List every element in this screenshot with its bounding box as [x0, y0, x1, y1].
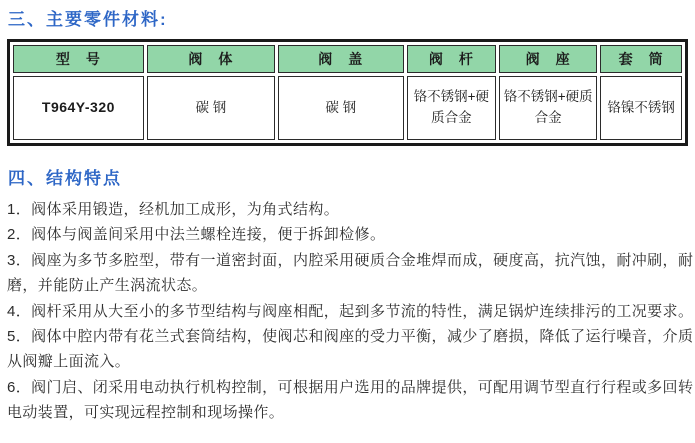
- materials-table: 型 号 阀 体 阀 盖 阀 杆 阀 座 套 筒 T964Y-320 碳 钢 碳 …: [7, 39, 688, 146]
- materials-table-header-row: 型 号 阀 体 阀 盖 阀 杆 阀 座 套 筒: [13, 45, 682, 73]
- feature-item-5-line-1: 5．阀体中腔内带有花兰式套筒结构，使阀芯和阀座的受力平衡，减少了磨损，降低了运行…: [7, 324, 688, 349]
- column-header-valve-body: 阀 体: [147, 45, 275, 73]
- column-header-model: 型 号: [13, 45, 144, 73]
- section4-heading: 四、结构特点: [8, 164, 688, 189]
- feature-item-4-line-1: 4．阀杆采用从大至小的多节型结构与阀座相配，起到多节流的特性，满足锅炉连续排污的…: [7, 299, 688, 324]
- materials-table-data-row: T964Y-320 碳 钢 碳 钢 铬不锈钢+硬质合金 铬不锈钢+硬质合金 铬镍…: [13, 76, 682, 140]
- column-header-sleeve: 套 筒: [600, 45, 682, 73]
- column-header-stem: 阀 杆: [407, 45, 497, 73]
- feature-item-2-line-1: 2．阀体与阀盖间采用中法兰螺栓连接，便于拆卸检修。: [7, 222, 688, 247]
- column-header-seat: 阀 座: [499, 45, 597, 73]
- feature-item-6-line-1: 6．阀门启、闭采用电动执行机构控制，可根据用户选用的品牌提供，可配用调节型直行行…: [7, 375, 688, 400]
- cell-bonnet-material: 碳 钢: [278, 76, 404, 140]
- column-header-bonnet: 阀 盖: [278, 45, 404, 73]
- cell-stem-material: 铬不锈钢+硬质合金: [407, 76, 497, 140]
- feature-item-3-line-2: 磨，并能防止产生涡流状态。: [7, 273, 688, 298]
- cell-valve-body-material: 碳 钢: [147, 76, 275, 140]
- feature-list: 1．阀体采用锻造，经机加工成形，为角式结构。 2．阀体与阀盖间采用中法兰螺栓连接…: [7, 197, 688, 426]
- document-page: 三、主要零件材料: 型 号 阀 体 阀 盖 阀 杆 阀 座 套 筒 T964Y-…: [0, 0, 695, 443]
- cell-model-number: T964Y-320: [13, 76, 144, 140]
- feature-item-6-line-2: 电动装置，可实现远程控制和现场操作。: [7, 400, 688, 425]
- feature-item-1-line-1: 1．阀体采用锻造，经机加工成形，为角式结构。: [7, 197, 688, 222]
- cell-sleeve-material: 铬镍不锈钢: [600, 76, 682, 140]
- cell-seat-material: 铬不锈钢+硬质合金: [499, 76, 597, 140]
- section3-heading: 三、主要零件材料:: [8, 5, 688, 30]
- feature-item-5-line-2: 从阀瓣上面流入。: [7, 349, 688, 374]
- feature-item-3-line-1: 3．阀座为多节多腔型，带有一道密封面，内腔采用硬质合金堆焊而成，硬度高，抗汽蚀，…: [7, 248, 688, 273]
